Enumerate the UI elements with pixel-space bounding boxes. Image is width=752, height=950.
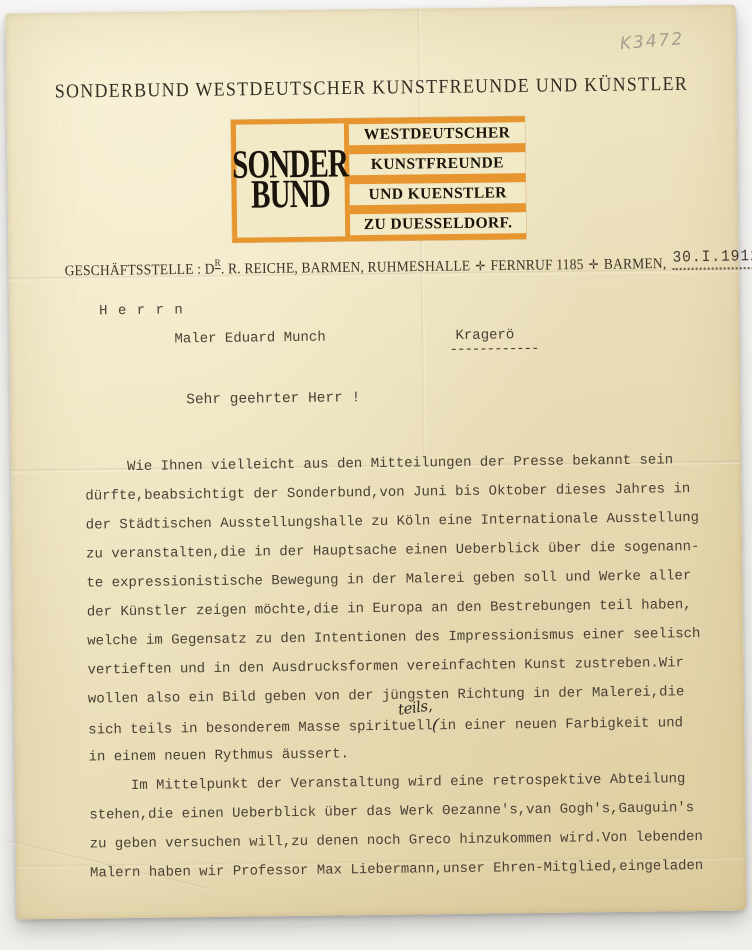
- handwritten-insertion: teils,(: [433, 710, 440, 741]
- date-line: 30.I.1912.: [672, 248, 752, 270]
- recipient-place-underline: ------------: [450, 341, 539, 358]
- body-line-segment: sich teils in besonderem Masse spirituel…: [88, 718, 433, 738]
- greeting: Sehr geehrter Herr !: [186, 390, 360, 408]
- cross-ornament-icon: ✛: [584, 257, 604, 273]
- logo-right-panel: WESTDEUTSCHER KUNSTFREUNDE UND KUENSTLER…: [349, 116, 526, 241]
- logo-stripe: ZU DUESSELDORF.: [350, 212, 526, 235]
- cross-ornament-icon: ✛: [470, 258, 490, 274]
- office-address-line: GESCHÄFTSSTELLE : DR. R. REICHE, BARMEN,…: [64, 251, 706, 280]
- logo-stripe: KUNSTFREUNDE: [349, 152, 525, 175]
- logo-stripe: WESTDEUTSCHER: [349, 122, 525, 145]
- letterhead-title: SONDERBUND WESTDEUTSCHER KUNSTFREUNDE UN…: [0, 71, 744, 104]
- logo-stripe: UND KUENSTLER: [350, 182, 526, 205]
- recipient-name: Maler Eduard Munch: [174, 330, 325, 348]
- letter-sheet: K3472 SONDERBUND WESTDEUTSCHER KUNSTFREU…: [5, 5, 746, 920]
- logo-word-bund: BUND: [251, 177, 330, 213]
- recipient-herrn: H e r r n: [99, 302, 184, 319]
- handwritten-word: teils,: [397, 691, 435, 724]
- logo-left-panel: SONDER BUND: [231, 118, 350, 242]
- body-line-segment: in einer neuen Farbigkeit und: [439, 715, 683, 734]
- catalog-number: K3472: [619, 29, 685, 54]
- office-label: GESCHÄFTSSTELLE : DR. R. REICHE, BARMEN,…: [65, 253, 667, 280]
- typed-date: 30.I.1912.: [672, 248, 752, 268]
- sonderbund-logo: SONDER BUND WESTDEUTSCHER KUNSTFREUNDE U…: [231, 116, 526, 243]
- letter-body: Wie Ihnen vielleicht aus den Mitteilunge…: [85, 446, 720, 889]
